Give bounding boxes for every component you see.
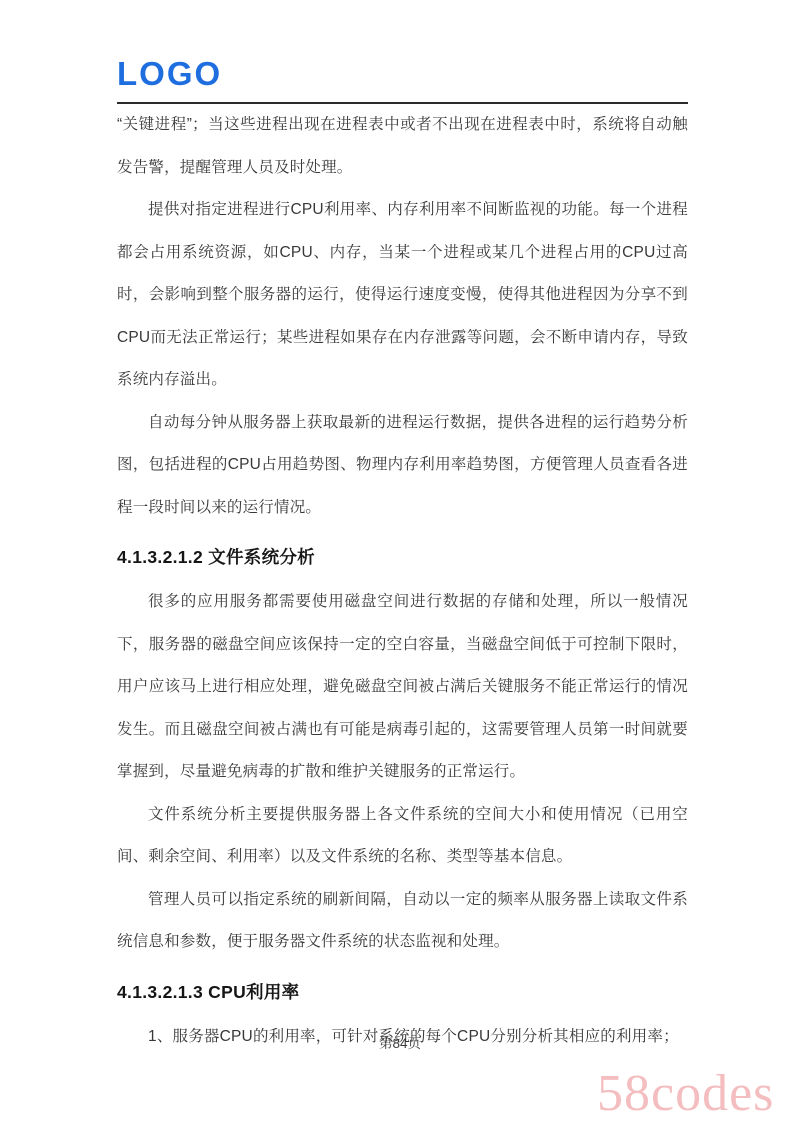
page-footer: 第84页 bbox=[0, 1032, 800, 1052]
paragraph-disk-space: 很多的应用服务都需要使用磁盘空间进行数据的存储和处理，所以一般情况下，服务器的磁… bbox=[117, 581, 688, 794]
heading-filesystem-analysis: 4.1.3.2.1.2 文件系统分析 bbox=[117, 542, 688, 572]
page-content: LOGO “关键进程”；当这些进程出现在进程表中或者不出现在进程表中时，系统将自… bbox=[117, 0, 688, 1058]
company-logo: LOGO bbox=[117, 57, 688, 91]
page-number: 第84页 bbox=[379, 1036, 421, 1051]
paragraph-key-process-alert: “关键进程”；当这些进程出现在进程表中或者不出现在进程表中时，系统将自动触发告警… bbox=[117, 104, 688, 189]
watermark-text: 58codes bbox=[597, 1066, 774, 1122]
document-body: “关键进程”；当这些进程出现在进程表中或者不出现在进程表中时，系统将自动触发告警… bbox=[117, 104, 688, 1058]
paragraph-refresh-interval: 管理人员可以指定系统的刷新间隔，自动以一定的频率从服务器上读取文件系统信息和参数… bbox=[117, 879, 688, 964]
document-page: LOGO “关键进程”；当这些进程出现在进程表中或者不出现在进程表中时，系统将自… bbox=[0, 0, 800, 1132]
paragraph-cpu-memory-monitoring: 提供对指定进程进行CPU利用率、内存利用率不间断监视的功能。每一个进程都会占用系… bbox=[117, 189, 688, 402]
paragraph-process-trend-charts: 自动每分钟从服务器上获取最新的进程运行数据，提供各进程的运行趋势分析图，包括进程… bbox=[117, 402, 688, 530]
heading-cpu-utilization: 4.1.3.2.1.3 CPU利用率 bbox=[117, 977, 688, 1007]
paragraph-filesystem-info: 文件系统分析主要提供服务器上各文件系统的空间大小和使用情况（已用空间、剩余空间、… bbox=[117, 794, 688, 879]
